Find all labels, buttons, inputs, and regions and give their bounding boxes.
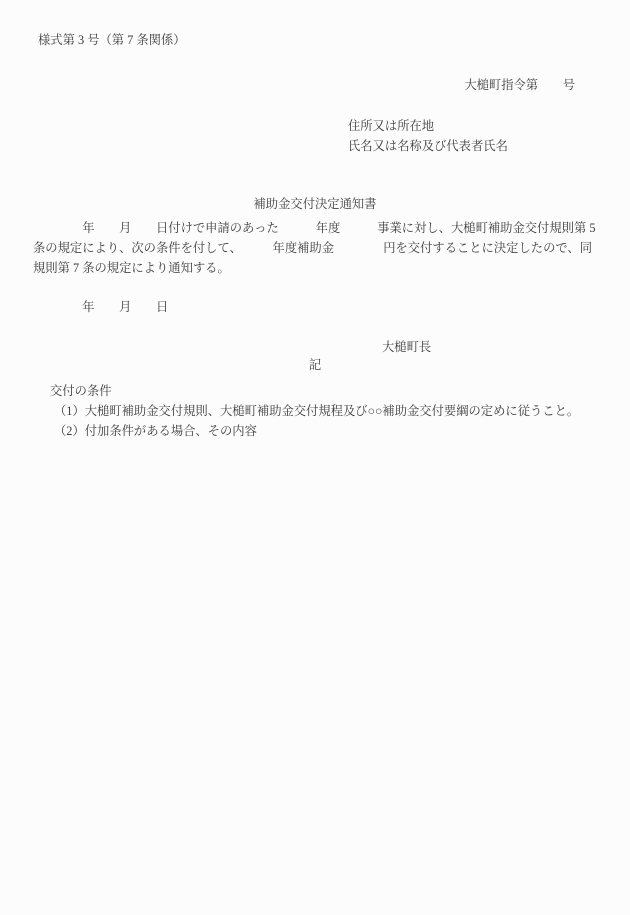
body-paragraph-line-2: 条の規定により、次の条件を付して、 年度補助金 円を交付することに決定したので、… [33,238,595,258]
recipient-address-label: 住所又は所在地 [348,116,508,136]
document-page: 様式第 3 号（第 7 条関係） 大槌町指令第 号 住所又は所在地 氏名又は名称… [0,0,630,915]
recipient-block: 住所又は所在地 氏名又は名称及び代表者氏名 [348,116,508,156]
recipient-name-label: 氏名又は名称及び代表者氏名 [348,136,508,156]
issue-date-line: 年 月 日 [33,297,168,317]
body-paragraph-line-1: 年 月 日付けで申請のあった 年度 事業に対し、大槌町補助金交付規則第 5 [33,218,595,238]
body-paragraph: 年 月 日付けで申請のあった 年度 事業に対し、大槌町補助金交付規則第 5 条の… [33,218,595,278]
condition-item-1: （1）大槌町補助金交付規則、大槌町補助金交付規程及び○○補助金交付要綱の定めに従… [54,401,579,421]
document-title: 補助金交付決定通知書 [0,194,630,214]
sender-title: 大槌町長 [382,337,431,357]
body-paragraph-line-3: 規則第 7 条の規定により通知する。 [33,258,595,278]
directive-number: 大槌町指令第 号 [464,75,575,95]
form-number-label: 様式第 3 号（第 7 条関係） [38,30,186,50]
conditions-heading: 交付の条件 [50,381,112,401]
condition-item-2: （2）付加条件がある場合、その内容 [54,421,257,441]
section-mark: 記 [0,355,630,375]
